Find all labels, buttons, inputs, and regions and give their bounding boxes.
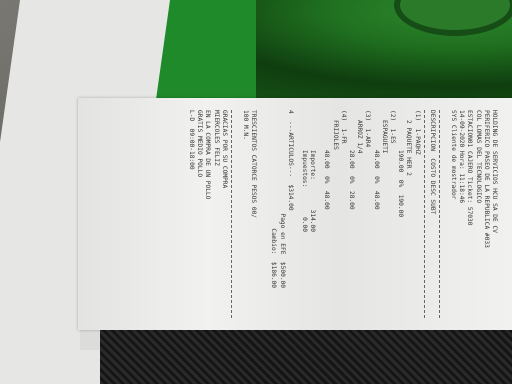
item-code: (1) 1-PAQHZ [412, 110, 420, 318]
item-name: ARROZ 1/4 [355, 110, 363, 318]
address-line-2: COL LOMAS DEL TECNOLOGICO [473, 110, 481, 318]
receipt-text: HOLDING DE SERVICIOS HCU SA DE CV PERIFE… [78, 98, 512, 330]
address-line-1: PERIFERICO PASEO DE LA REPUBLICA #033 [482, 110, 490, 318]
line-item: (4) 1-FR FRIJOLES 48.00 0% 48.00 [322, 110, 347, 318]
item-amounts: 190.00 0% 190.00 [396, 110, 404, 318]
cash-paid: Pago en EFE $500.00 [277, 110, 285, 318]
item-name: ESPAGUETI [380, 110, 388, 318]
amount-words-line: TRESCIENTOS CATORCE PESOS 00/ [249, 110, 257, 318]
line-item: (2) 1-ES ESPAGUETI 48.00 0% 48.00 [371, 110, 396, 318]
customer: SYS Cliente de mostrador [449, 110, 457, 318]
amount-in-words: TRESCIENTOS CATORCE PESOS 00/ 100 M.N. [241, 110, 257, 318]
date-time: 14-09-2020 Hora: 11:18:46 [457, 110, 465, 318]
footer-line: GRATIS MEDIO POLLO [195, 110, 203, 318]
change: Cambio: $186.00 [269, 110, 277, 318]
footer-line: MIERCOLES FELIZ [211, 110, 219, 318]
divider [231, 110, 232, 318]
item-code: (2) 1-ES [388, 110, 396, 318]
amount-words-line: 100 M.N. [241, 110, 249, 318]
item-name: FRIJOLES [330, 110, 338, 318]
articles-total: 4 ---ARTICULOS--- $314.00 [286, 110, 294, 318]
business-name: HOLDING DE SERVICIOS HCU SA DE CV [490, 110, 498, 318]
item-code: (4) 1-FR [339, 110, 347, 318]
impuestos-label: Impuestos: [301, 150, 308, 187]
impuestos-value: 0.00 [301, 217, 308, 232]
receipt: HOLDING DE SERVICIOS HCU SA DE CV PERIFE… [78, 98, 512, 330]
line-item: (1) 1-PAQHZ 2 PAQUETE HER 2 190.00 0% 19… [396, 110, 421, 318]
footer-line: L-D 09:00-18:00 [187, 110, 195, 318]
item-amounts: 48.00 0% 48.00 [322, 110, 330, 318]
item-name: 2 PAQUETE HER 2 [404, 110, 412, 318]
item-code: (3) 1-AR4 [363, 110, 371, 318]
importe-label: Importe: [309, 150, 316, 180]
line-item: (3) 1-AR4 ARROZ 1/4 28.00 0% 28.00 [347, 110, 372, 318]
importe-value: 314.00 [309, 210, 316, 232]
station-ticket: ESTACION01 CAJERO Ticket: 57030 [465, 110, 473, 318]
photo-scene: HOLDING DE SERVICIOS HCU SA DE CV PERIFE… [0, 0, 512, 384]
footer-line: EN LA COMPRA DE UN POLLO [203, 110, 211, 318]
divider [424, 110, 425, 318]
receipt-footer: GRACIAS POR SU COMPRA MIERCOLES FELIZ EN… [187, 110, 228, 318]
totals: Importe: 314.00 Impuestos: 0.00 [300, 110, 316, 318]
receipt-header: HOLDING DE SERVICIOS HCU SA DE CV PERIFE… [449, 110, 498, 318]
divider [439, 110, 440, 318]
item-amounts: 28.00 0% 28.00 [347, 110, 355, 318]
footer-line: GRACIAS POR SU COMPRA [220, 110, 228, 318]
columns-header: DESCRIPCION COSTO DESC SUBT [428, 110, 436, 318]
payment: 4 ---ARTICULOS--- $314.00 Pago en EFE $5… [269, 110, 294, 318]
carbon-fiber-surface [100, 330, 512, 384]
item-amounts: 48.00 0% 48.00 [371, 110, 379, 318]
